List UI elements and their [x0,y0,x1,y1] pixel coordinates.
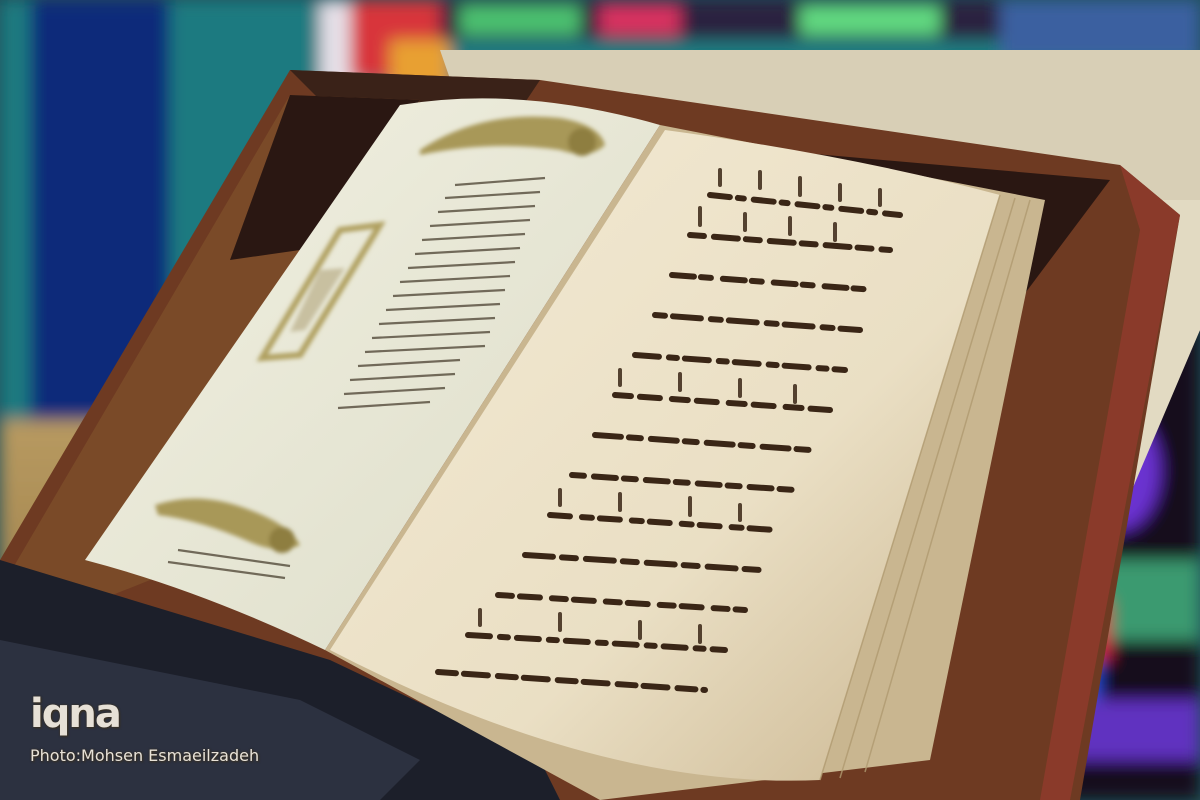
photo-credit: Photo:Mohsen Esmaeilzadeh [30,746,259,765]
photo-watermark: iqna Photo:Mohsen Esmaeilzadeh [30,692,259,765]
photo-scene [0,0,1200,800]
iqna-logo: iqna [30,692,259,736]
